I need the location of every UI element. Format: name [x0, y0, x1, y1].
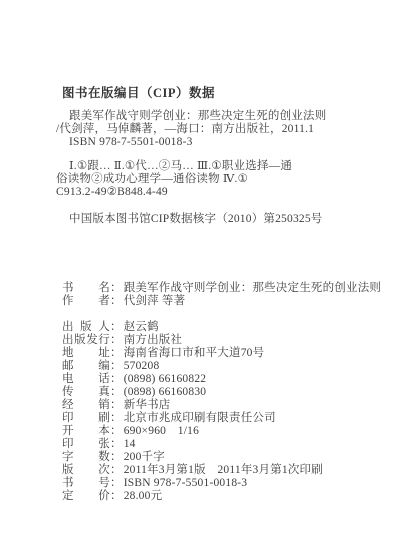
- info-row-colon: ：: [110, 334, 122, 347]
- info-row: 印刷：北京市兆成印刷有限责任公司: [62, 412, 370, 425]
- info-row-value: 海南省海口市和平大道70号: [124, 347, 265, 360]
- info-row: 印张：14: [62, 438, 370, 451]
- info-row-label: 电话: [62, 373, 110, 386]
- info-row-value: ISBN 978-7-5501-0018-3: [124, 477, 248, 490]
- classification-line: C913.2-49②B848.4-49: [56, 186, 370, 199]
- info-row: 书名：跟美军作战守则学创业：那些决定生死的创业法则: [62, 282, 370, 295]
- info-row-value: 赵云鹤: [124, 321, 159, 334]
- cip-data-page: 图书在版编目（CIP）数据 跟美军作战守则学创业：那些决定生死的创业法则/代剑萍…: [0, 0, 400, 552]
- info-row-label-char: 号: [98, 477, 110, 490]
- info-row-label-char: 经: [62, 399, 74, 412]
- info-row-value: 新华书店: [124, 399, 171, 412]
- info-row-label: 出版发行: [62, 334, 110, 347]
- info-row-value: 200千字: [124, 451, 165, 464]
- info-row-label-char: 印: [62, 438, 74, 451]
- info-row-label-char: 真: [98, 386, 110, 399]
- classification-line: 俗读物②成功心理学—通俗读物 Ⅳ.①: [56, 173, 370, 186]
- info-row-label: 印刷: [62, 412, 110, 425]
- info-row: 字数：200千字: [62, 451, 370, 464]
- info-row-label-char: 名: [98, 282, 110, 295]
- catalog-entry: 跟美军作战守则学创业：那些决定生死的创业法则/代剑萍，马倬麟著，—海口：南方出版…: [56, 110, 370, 149]
- info-row-colon: ：: [110, 477, 122, 490]
- info-row-colon: ：: [110, 451, 122, 464]
- info-row-value: 北京市兆成印刷有限责任公司: [124, 412, 276, 425]
- info-row-label: 传真: [62, 386, 110, 399]
- info-row-label: 开本: [62, 425, 110, 438]
- info-row-label-char: 作: [62, 295, 74, 308]
- info-row-label-char: 张: [98, 438, 110, 451]
- info-row-label-char: 电: [62, 373, 74, 386]
- info-row: 定价：28.00元: [62, 490, 370, 503]
- info-row: 经销：新华书店: [62, 399, 370, 412]
- info-row-colon: ：: [110, 399, 122, 412]
- info-row: 出版发行：南方出版社: [62, 334, 370, 347]
- info-row-label-char: 人: [98, 321, 110, 334]
- info-row-colon: ：: [110, 490, 122, 503]
- info-row-label-char: 版: [62, 464, 74, 477]
- info-row-colon: ：: [110, 373, 122, 386]
- info-row-colon: ：: [110, 438, 122, 451]
- info-row: 作者：代剑萍 等著: [62, 295, 370, 308]
- info-row-label-char: 话: [98, 373, 110, 386]
- info-row-label-char: 数: [98, 451, 110, 464]
- catalog-entry-line: 跟美军作战守则学创业：那些决定生死的创业法则: [56, 110, 370, 123]
- info-row-colon: ：: [110, 412, 122, 425]
- info-row-label-char: 字: [62, 451, 74, 464]
- info-row-label: 版次: [62, 464, 110, 477]
- info-row-label-char: 书: [62, 477, 74, 490]
- info-row-label-char: 传: [62, 386, 74, 399]
- cip-header: 图书在版编目（CIP）数据: [62, 83, 370, 101]
- info-row-label-char: 邮: [62, 360, 74, 373]
- catalog-entry-line: /代剑萍，马倬麟著，—海口：南方出版社，2011.1: [56, 123, 370, 136]
- info-row-label-char: 次: [98, 464, 110, 477]
- info-row-value: (0898) 66160830: [124, 386, 207, 399]
- info-row-label: 书号: [62, 477, 110, 490]
- info-row-label-char: 址: [98, 347, 110, 360]
- publication-info-table: 书名：跟美军作战守则学创业：那些决定生死的创业法则作者：代剑萍 等著出版人：赵云…: [62, 282, 370, 503]
- info-row-colon: ：: [110, 347, 122, 360]
- info-row-label-char: 印: [62, 412, 74, 425]
- info-row-label-char: 价: [98, 490, 110, 503]
- info-row-label-char: 销: [98, 399, 110, 412]
- info-row-label-char: 本: [98, 425, 110, 438]
- info-row-label-char: 版: [80, 321, 92, 334]
- info-row-colon: ：: [110, 425, 122, 438]
- info-row-label-char: 出: [62, 321, 74, 334]
- info-row: 传真：(0898) 66160830: [62, 386, 370, 399]
- info-row-colon: ：: [110, 464, 122, 477]
- info-row-label-char: 开: [62, 425, 74, 438]
- info-row-colon: ：: [110, 295, 122, 308]
- catalog-entry-line: ISBN 978-7-5501-0018-3: [56, 136, 370, 149]
- info-row-label-char: 者: [98, 295, 110, 308]
- info-row-value: 南方出版社: [124, 334, 183, 347]
- info-row-label: 印张: [62, 438, 110, 451]
- info-row-label: 经销: [62, 399, 110, 412]
- info-row-label-char: 版: [74, 334, 86, 347]
- info-row-label-char: 刷: [98, 412, 110, 425]
- info-row-value: 跟美军作战守则学创业：那些决定生死的创业法则: [124, 282, 381, 295]
- info-row: 出版人：赵云鹤: [62, 321, 370, 334]
- info-row-label-char: 地: [62, 347, 74, 360]
- info-row-label: 出版人: [62, 321, 110, 334]
- info-row-label: 邮编: [62, 360, 110, 373]
- info-row-label-char: 发: [86, 334, 98, 347]
- cip-record-number: 中国版本图书馆CIP数据核字（2010）第250325号: [56, 210, 370, 226]
- info-row-colon: ：: [110, 282, 122, 295]
- page-content: 图书在版编目（CIP）数据 跟美军作战守则学创业：那些决定生死的创业法则/代剑萍…: [0, 0, 400, 503]
- info-row-label-char: 书: [62, 282, 74, 295]
- info-row-value: 代剑萍 等著: [124, 295, 186, 308]
- info-row: 地址：海南省海口市和平大道70号: [62, 347, 370, 360]
- info-row: 书号：ISBN 978-7-5501-0018-3: [62, 477, 370, 490]
- classification-line: Ⅰ.①跟… Ⅱ.①代…②马… Ⅲ.①职业选择—通: [56, 160, 370, 173]
- info-row-label-char: 定: [62, 490, 74, 503]
- info-row-label-char: 出: [62, 334, 74, 347]
- info-row: 版次：2011年3月第1版 2011年3月第1次印刷: [62, 464, 370, 477]
- info-row-value: 570208: [124, 360, 160, 373]
- info-row-label: 作者: [62, 295, 110, 308]
- info-row-colon: ：: [110, 321, 122, 334]
- info-row-label-char: 行: [98, 334, 110, 347]
- info-row-value: 690×960 1/16: [124, 425, 199, 438]
- info-row: 邮编：570208: [62, 360, 370, 373]
- info-row-value: (0898) 66160822: [124, 373, 207, 386]
- info-row: 电话：(0898) 66160822: [62, 373, 370, 386]
- info-row: 开本：690×960 1/16: [62, 425, 370, 438]
- info-row-value: 2011年3月第1版 2011年3月第1次印刷: [124, 464, 323, 477]
- info-row-label: 定价: [62, 490, 110, 503]
- info-row-label: 书名: [62, 282, 110, 295]
- info-row-colon: ：: [110, 360, 122, 373]
- info-row-label: 字数: [62, 451, 110, 464]
- info-row-colon: ：: [110, 386, 122, 399]
- info-row-value: 28.00元: [124, 490, 163, 503]
- info-row-label-char: 编: [98, 360, 110, 373]
- info-row-label: 地址: [62, 347, 110, 360]
- info-row-value: 14: [124, 438, 136, 451]
- classification-codes: Ⅰ.①跟… Ⅱ.①代…②马… Ⅲ.①职业选择—通俗读物②成功心理学—通俗读物 Ⅳ…: [56, 160, 370, 199]
